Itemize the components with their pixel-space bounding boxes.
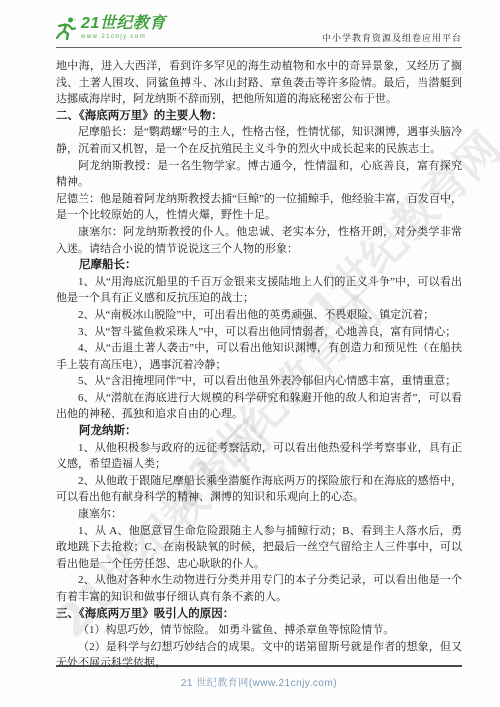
header-tagline: 中小学教育资源及组卷应用平台 bbox=[322, 31, 462, 47]
paragraph: 3、从“智斗鲨鱼救采珠人”中，可以看出他同情弱者，心地善良，富有同情心； bbox=[56, 324, 462, 341]
paragraph: 康塞尔：阿龙纳斯教授的仆人。他忠诚、老实本分，性格开朗，对分类学非常入迷。请结合… bbox=[56, 224, 462, 257]
paragraph: 1、从“用海底沉船里的千百万金银来支援陆地上人们的正义斗争”中，可以看出他是一个… bbox=[56, 274, 462, 307]
brand-logo: 21世纪教育 www.21cnjy.com bbox=[56, 16, 166, 47]
paragraph: 二、《海底两万里》的主要人物： bbox=[56, 108, 462, 125]
paragraph: 地中海，进入大西洋，看到许多罕见的海生动植物和水中的奇异景象，又经历了搁浅、土著… bbox=[56, 58, 462, 108]
paragraph: 阿龙纳斯： bbox=[56, 423, 462, 440]
paragraph: 2、从“南极冰山脱险”中，可出看出他的英勇顽强、不畏艰险、镇定沉着； bbox=[56, 307, 462, 324]
paragraph: 1、从他积极参与政府的远征考察活动，可以看出他热爱科学考察事业，具有正义感，希望… bbox=[56, 440, 462, 473]
paragraph: 2、从他对各种水生动物进行分类并用专门的本子分类记录，可以看出他是一个有着丰富的… bbox=[56, 572, 462, 605]
logo-brand-name: 21世纪教育 bbox=[81, 16, 166, 32]
document-body: 地中海，进入大西洋，看到许多罕见的海生动植物和水中的奇异景象，又经历了搁浅、土著… bbox=[56, 58, 462, 672]
paragraph: 2、从他敢于跟随尼摩船长乘坐潜艇作海底两万的探险旅行和在海底的感悟中，可以看出他… bbox=[56, 473, 462, 506]
worksheet-page: 21世纪教育网 21世纪教育网 21世纪教育网 21世纪教育 www.21cnj… bbox=[0, 0, 500, 707]
paragraph: 1、从 A、他愿意冒生命危险跟随主人参与捕鲸行动；B、看到主人落水后，勇敢地跳下… bbox=[56, 523, 462, 573]
footer-site-label: 21 世纪教育网(www.21cnjy.com) bbox=[181, 678, 337, 689]
paragraph: 5、从“含泪掩埋同伴”中，可以看出他虽外表冷郁但内心情感丰富，重情重意； bbox=[56, 373, 462, 390]
paragraph: 三、《海底两万里》吸引人的原因： bbox=[56, 606, 462, 623]
paragraph: 尼摩船长： bbox=[56, 257, 462, 274]
runner-icon bbox=[56, 16, 78, 45]
paragraph: 康塞尔： bbox=[56, 506, 462, 523]
paragraph: （1）构思巧妙，情节惊险。 如勇斗鲨鱼、搏杀章鱼等惊险情节。 bbox=[56, 622, 462, 639]
paragraph: 4、从“击退土著人袭击”中，可以看出他知识渊博，有创造力和预见性（在船扶手上装有… bbox=[56, 340, 462, 373]
logo-url: www.21cnjy.com bbox=[81, 34, 166, 40]
paragraph: 尼德兰：他是随着阿龙纳斯教授去捕“巨鲸”的一位捕鲸手，他经验丰富，百发百中，是一… bbox=[56, 191, 462, 224]
paragraph: 阿龙纳斯教授：是一名生物学家。博古通今，性情温和，心底善良，富有探究精神。 bbox=[56, 158, 462, 191]
page-header: 21世纪教育 www.21cnjy.com 中小学教育资源及组卷应用平台 bbox=[56, 12, 462, 48]
logo-text: 21世纪教育 www.21cnjy.com bbox=[81, 16, 166, 40]
page-footer: 21 世纪教育网(www.21cnjy.com) bbox=[56, 665, 462, 691]
paragraph: 6、从“潜航在海底进行大规模的科学研究和躲避开他的敌人和迫害者”，可以看出他的神… bbox=[56, 390, 462, 423]
paragraph: 尼摩船长：是“鹦鹉螺”号的主人，性格古怪，性情忧郁，知识渊博，遇事头脑冷静，沉着… bbox=[56, 124, 462, 157]
